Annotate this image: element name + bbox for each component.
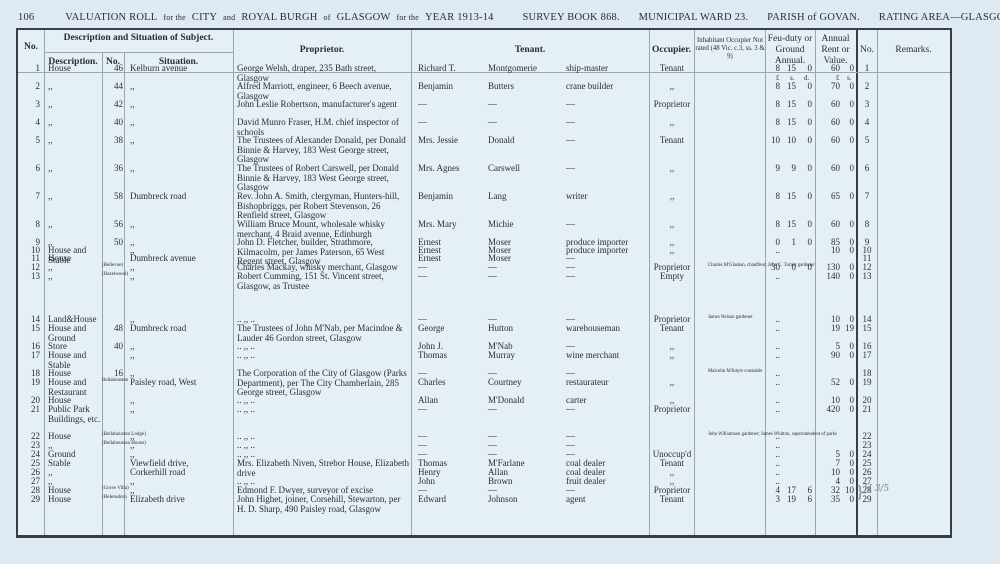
cell-feuduty: 0 (800, 263, 812, 273)
cell-no2: 2 (858, 82, 876, 92)
cell-rent: 60 (820, 164, 840, 174)
cell-no2: 7 (858, 192, 876, 202)
cell-desc: ,, (48, 164, 102, 174)
cell-no: 1 (18, 64, 40, 74)
cell-t1: — (418, 100, 478, 110)
cell-feuduty: 0 (800, 118, 812, 128)
title-part: of (324, 13, 331, 22)
cell-occ: Tenant (651, 64, 693, 74)
cell-sit: ,, (130, 82, 220, 92)
cell-feuduty: 19 (784, 495, 796, 505)
col-divider (124, 53, 125, 535)
cell-t2: Carswell (488, 164, 558, 174)
cell-feuduty: .. (768, 405, 780, 415)
cell-t3: writer (566, 192, 646, 202)
cell-rent: 0 (842, 100, 854, 110)
col-divider (411, 30, 412, 535)
col-header-tenant: Tenant. (411, 45, 649, 56)
cell-sit: ,, (130, 272, 220, 282)
cell-occ: Proprietor (651, 405, 693, 415)
cell-no: 19 (18, 378, 40, 388)
cell-desc: ,, (48, 118, 102, 128)
cell-desc: ,, (48, 100, 102, 110)
cell-t1: — (418, 272, 478, 282)
cell-rent: 420 (820, 405, 840, 415)
cell-desc: ,, (48, 220, 102, 230)
cell-rent: 0 (842, 82, 854, 92)
cell-prop: Mrs. Elizabeth Niven, Strebor House, Eli… (237, 459, 409, 478)
cell-t3: — (566, 118, 646, 128)
col-header-occupier: Occupier. (649, 45, 694, 56)
cell-rent: 0 (842, 220, 854, 230)
cell-no2: 4 (858, 118, 876, 128)
col-divider (649, 30, 650, 535)
cell-desc: ,, (48, 192, 102, 202)
cell-no: 15 (18, 324, 40, 334)
cell-feuduty: 3 (768, 495, 780, 505)
cell-hno: 40 (102, 342, 123, 352)
cell-feuduty: 8 (768, 118, 780, 128)
cell-no2: 5 (858, 136, 876, 146)
cell-feuduty: .. (768, 246, 780, 256)
cell-t2: — (488, 272, 558, 282)
cell-occ: ,, (651, 118, 693, 128)
cell-rent: 0 (842, 192, 854, 202)
cell-feuduty: 1 (784, 238, 796, 248)
title-part: for the (397, 13, 420, 22)
valuation-table: No. Description and Situation of Subject… (16, 28, 952, 538)
cell-t2: Lang (488, 192, 558, 202)
cell-rent: 19 (842, 324, 854, 334)
cell-hno: (Hazelwood) (102, 272, 123, 278)
rating-area: RATING AREA—GLASGOW. (879, 12, 1000, 23)
header-divider (44, 52, 233, 53)
cell-hno: 58 (102, 192, 123, 202)
cell-hno: 42 (102, 100, 123, 110)
cell-occ: ,, (651, 82, 693, 92)
parish: PARISH of GOVAN. (767, 12, 860, 23)
cell-rent: 0 (842, 136, 854, 146)
cell-occ: ,, (651, 220, 693, 230)
cell-prop: .. ,, .. (237, 405, 409, 415)
cell-t1: George (418, 324, 478, 334)
title-part: VALUATION ROLL (65, 12, 157, 23)
cell-t1: Edward (418, 495, 478, 505)
col-divider (694, 30, 695, 535)
cell-occ: ,, (651, 351, 693, 361)
cell-feuduty: 9 (768, 164, 780, 174)
cell-rent: 60 (820, 100, 840, 110)
cell-no2: 15 (858, 324, 876, 334)
cell-sit: ,, (130, 405, 220, 415)
page-header: 106 VALUATION ROLLfor theCITYandROYAL BU… (18, 12, 1000, 23)
cell-t2: — (488, 405, 558, 415)
cell-occ: ,, (651, 164, 693, 174)
cell-feuduty: .. (768, 351, 780, 361)
cell-t1: Richard T. (418, 64, 478, 74)
cell-feuduty: 15 (784, 100, 796, 110)
cell-t1: Benjamin (418, 82, 478, 92)
handwritten-remark: H 3/5 (864, 484, 889, 494)
cell-occ: Empty (651, 272, 693, 282)
cell-t2: — (488, 100, 558, 110)
cell-occ: ,, (651, 378, 693, 388)
cell-no2: 19 (858, 378, 876, 388)
cell-prop: Robert Cumming, 151 St. Vincent street, … (237, 272, 409, 291)
cell-sit: Paisley road, West (130, 378, 220, 388)
cell-rent: 0 (842, 246, 854, 256)
cell-rent: 60 (820, 118, 840, 128)
cell-t1: Mrs. Agnes (418, 164, 478, 174)
cell-rent: 0 (842, 495, 854, 505)
col-divider (877, 30, 878, 535)
cell-feuduty: 15 (784, 64, 796, 74)
cell-occ: Tenant (651, 136, 693, 146)
cell-t3: — (566, 100, 646, 110)
cell-rent: 52 (820, 378, 840, 388)
cell-hno: 40 (102, 118, 123, 128)
cell-no: 4 (18, 118, 40, 128)
cell-hno: 38 (102, 136, 123, 146)
cell-no: 5 (18, 136, 40, 146)
cell-no: 2 (18, 82, 40, 92)
cell-no: 3 (18, 100, 40, 110)
cell-feuduty: 0 (800, 82, 812, 92)
col-header-proprietor: Proprietor. (233, 45, 411, 56)
cell-t3: — (566, 405, 646, 415)
col-divider (44, 30, 45, 535)
cell-feuduty: 0 (800, 136, 812, 146)
cell-feuduty: 15 (784, 192, 796, 202)
cell-feuduty: 15 (784, 82, 796, 92)
cell-t2: Montgomerie (488, 64, 558, 74)
cell-rent: 0 (842, 118, 854, 128)
cell-feuduty: 0 (800, 64, 812, 74)
cell-t3: ship-master (566, 64, 646, 74)
cell-t2: Michie (488, 220, 558, 230)
cell-hno: 46 (102, 64, 123, 74)
cell-t3: — (566, 164, 646, 174)
cell-rent: 0 (842, 351, 854, 361)
cell-t1: Charles (418, 378, 478, 388)
cell-occ: Tenant (651, 495, 693, 505)
cell-rent: 65 (820, 192, 840, 202)
cell-t1: Benjamin (418, 192, 478, 202)
cell-feuduty: 8 (768, 220, 780, 230)
cell-t3: agent (566, 495, 646, 505)
title-part: YEAR 1913-14 (425, 12, 494, 23)
col-divider (765, 30, 766, 535)
cell-hno: (Helensdon) (102, 495, 123, 501)
cell-t3: restaurateur (566, 378, 646, 388)
cell-t3: crane builder (566, 82, 646, 92)
cell-desc: House (48, 64, 102, 74)
cell-rent: 0 (842, 164, 854, 174)
cell-feuduty: 8 (768, 82, 780, 92)
cell-feuduty: 6 (800, 495, 812, 505)
col-header-remarks: Remarks. (877, 45, 950, 56)
cell-rent: 140 (820, 272, 840, 282)
cell-hno: Bellahouston (102, 378, 123, 384)
title-part: CITY (192, 12, 217, 23)
cell-hno: (Bellahouston House) (102, 441, 123, 447)
cell-rent: 70 (820, 82, 840, 92)
cell-desc: ,, (48, 272, 102, 282)
cell-t3: — (566, 220, 646, 230)
cell-t1: — (418, 405, 478, 415)
cell-no2: 13 (858, 272, 876, 282)
cell-no2: 17 (858, 351, 876, 361)
title-part: GLASGOW (337, 12, 391, 23)
cell-desc: Public Park Buildings, etc. (48, 405, 102, 424)
cell-desc: House (48, 495, 102, 505)
cell-t2: Courtney (488, 378, 558, 388)
cell-t2: Johnson (488, 495, 558, 505)
cell-sit: ,, (130, 136, 220, 146)
cell-feuduty: 8 (768, 192, 780, 202)
cell-no2: 3 (858, 100, 876, 110)
cell-t3: — (566, 136, 646, 146)
cell-prop: Rev. John A. Smith, clergyman, Hunters-h… (237, 192, 409, 221)
cell-occ: Proprietor (651, 100, 693, 110)
cell-rent: 0 (842, 378, 854, 388)
page-number: 106 (18, 12, 34, 23)
cell-t1: Mrs. Jessie (418, 136, 478, 146)
cell-hno: 44 (102, 82, 123, 92)
title-part: ROYAL BURGH (241, 12, 317, 23)
cell-prop: The Trustees of Robert Carswell, per Don… (237, 164, 409, 193)
cell-t1: — (418, 118, 478, 128)
col-header-no2: No. (857, 45, 877, 56)
cell-no2: 1 (858, 64, 876, 74)
cell-hno: (Grove Villa) (102, 486, 123, 492)
cell-t2: Donald (488, 136, 558, 146)
cell-t2: Murray (488, 351, 558, 361)
cell-occ: ,, (651, 246, 693, 256)
cell-rent: 0 (842, 64, 854, 74)
cell-no: 8 (18, 220, 40, 230)
cell-hno: 50 (102, 238, 123, 248)
cell-no2: 21 (858, 405, 876, 415)
cell-sit: Dumbreck road (130, 324, 220, 334)
cell-rent: 60 (820, 136, 840, 146)
cell-sit: ,, (130, 164, 220, 174)
cell-inh: Charles M'Glashan, chauffeur; John C. Tu… (708, 263, 764, 268)
cell-prop: .. ,, .. (237, 351, 409, 361)
valuation-roll-page: 106 VALUATION ROLLfor theCITYandROYAL BU… (0, 0, 1000, 564)
cell-feuduty: .. (768, 378, 780, 388)
cell-feuduty: 0 (800, 192, 812, 202)
cell-feuduty: 8 (768, 64, 780, 74)
cell-t2: Hutton (488, 324, 558, 334)
cell-feuduty: 0 (800, 100, 812, 110)
cell-feuduty: 10 (768, 136, 780, 146)
cell-t3: wine merchant (566, 351, 646, 361)
cell-desc: ,, (48, 82, 102, 92)
cell-hno: (Bellahouston Lodge) (102, 432, 123, 438)
cell-hno: 36 (102, 164, 123, 174)
cell-feuduty: 8 (768, 100, 780, 110)
cell-prop: The Corporation of the City of Glasgow (… (237, 369, 409, 398)
cell-prop: The Trustees of Alexander Donald, per Do… (237, 136, 409, 165)
cell-hno: (Bellevue) (102, 263, 123, 269)
cell-feuduty: 0 (800, 220, 812, 230)
cell-hno: 48 (102, 324, 123, 334)
cell-sit: Elizabeth drive (130, 495, 220, 505)
cell-sit: ,, (130, 100, 220, 110)
cell-feuduty: 9 (784, 164, 796, 174)
cell-rent: 35 (820, 495, 840, 505)
municipal-ward: MUNICIPAL WARD 23. (639, 12, 749, 23)
cell-hno: 56 (102, 220, 123, 230)
cell-sit: ,, (130, 118, 220, 128)
title-part: and (223, 13, 235, 22)
cell-rent: 19 (820, 324, 840, 334)
cell-t1: Thomas (418, 351, 478, 361)
survey-book: SURVEY BOOK 868. (522, 12, 619, 23)
cell-desc: ,, (48, 136, 102, 146)
cell-no: 21 (18, 405, 40, 415)
cell-t3: warehouseman (566, 324, 646, 334)
cell-t3: — (566, 272, 646, 282)
col-divider (815, 30, 816, 535)
cell-rent: 90 (820, 351, 840, 361)
cell-prop: The Trustees of John M'Nab, per Macindoe… (237, 324, 409, 343)
cell-rent: 10 (820, 246, 840, 256)
cell-feuduty: 10 (784, 136, 796, 146)
cell-no: 17 (18, 351, 40, 361)
col-header-inhabitant: Inhabitant Occupier Not rated (48 Vic. c… (695, 37, 765, 61)
cell-feuduty: 0 (800, 164, 812, 174)
cell-t1: Mrs. Mary (418, 220, 478, 230)
roll-title: VALUATION ROLLfor theCITYandROYAL BURGHo… (65, 12, 502, 23)
col-header-desc-group: Description and Situation of Subject. (44, 33, 233, 44)
cell-feuduty: 15 (784, 118, 796, 128)
cell-no: 7 (18, 192, 40, 202)
cell-no: 6 (18, 164, 40, 174)
cell-feuduty: .. (768, 272, 780, 282)
cell-rent: 60 (820, 220, 840, 230)
cell-rent: 0 (842, 272, 854, 282)
cell-inh: James Nelson gardener (708, 315, 764, 320)
cell-prop: John Highet, joiner, Corsehill, Stewarto… (237, 495, 409, 514)
cell-feuduty: 0 (784, 263, 796, 273)
cell-sit: ,, (130, 220, 220, 230)
cell-sit: ,, (130, 351, 220, 361)
cell-sit: Kelburn avenue (130, 64, 220, 74)
cell-no2: 8 (858, 220, 876, 230)
cell-prop: John Leslie Robertson, manufacturer's ag… (237, 100, 409, 110)
cell-no2: 6 (858, 164, 876, 174)
cell-no: 29 (18, 495, 40, 505)
cell-t2: — (488, 118, 558, 128)
col-header-no: No. (18, 42, 44, 53)
title-part: for the (163, 13, 186, 22)
cell-inh: John Williamson gardener; James Whitton,… (708, 432, 764, 437)
cell-feuduty: 15 (784, 220, 796, 230)
cell-occ: Tenant (651, 324, 693, 334)
cell-no: 13 (18, 272, 40, 282)
cell-occ: ,, (651, 192, 693, 202)
cell-t2: Butters (488, 82, 558, 92)
cell-rent: 60 (820, 64, 840, 74)
cell-inh: Malcolm M'Intyre constable (708, 369, 764, 374)
cell-feuduty: .. (768, 324, 780, 334)
cell-rent: 0 (842, 405, 854, 415)
cell-feuduty: 0 (800, 238, 812, 248)
col-divider (233, 30, 234, 535)
cell-sit: Dumbreck road (130, 192, 220, 202)
